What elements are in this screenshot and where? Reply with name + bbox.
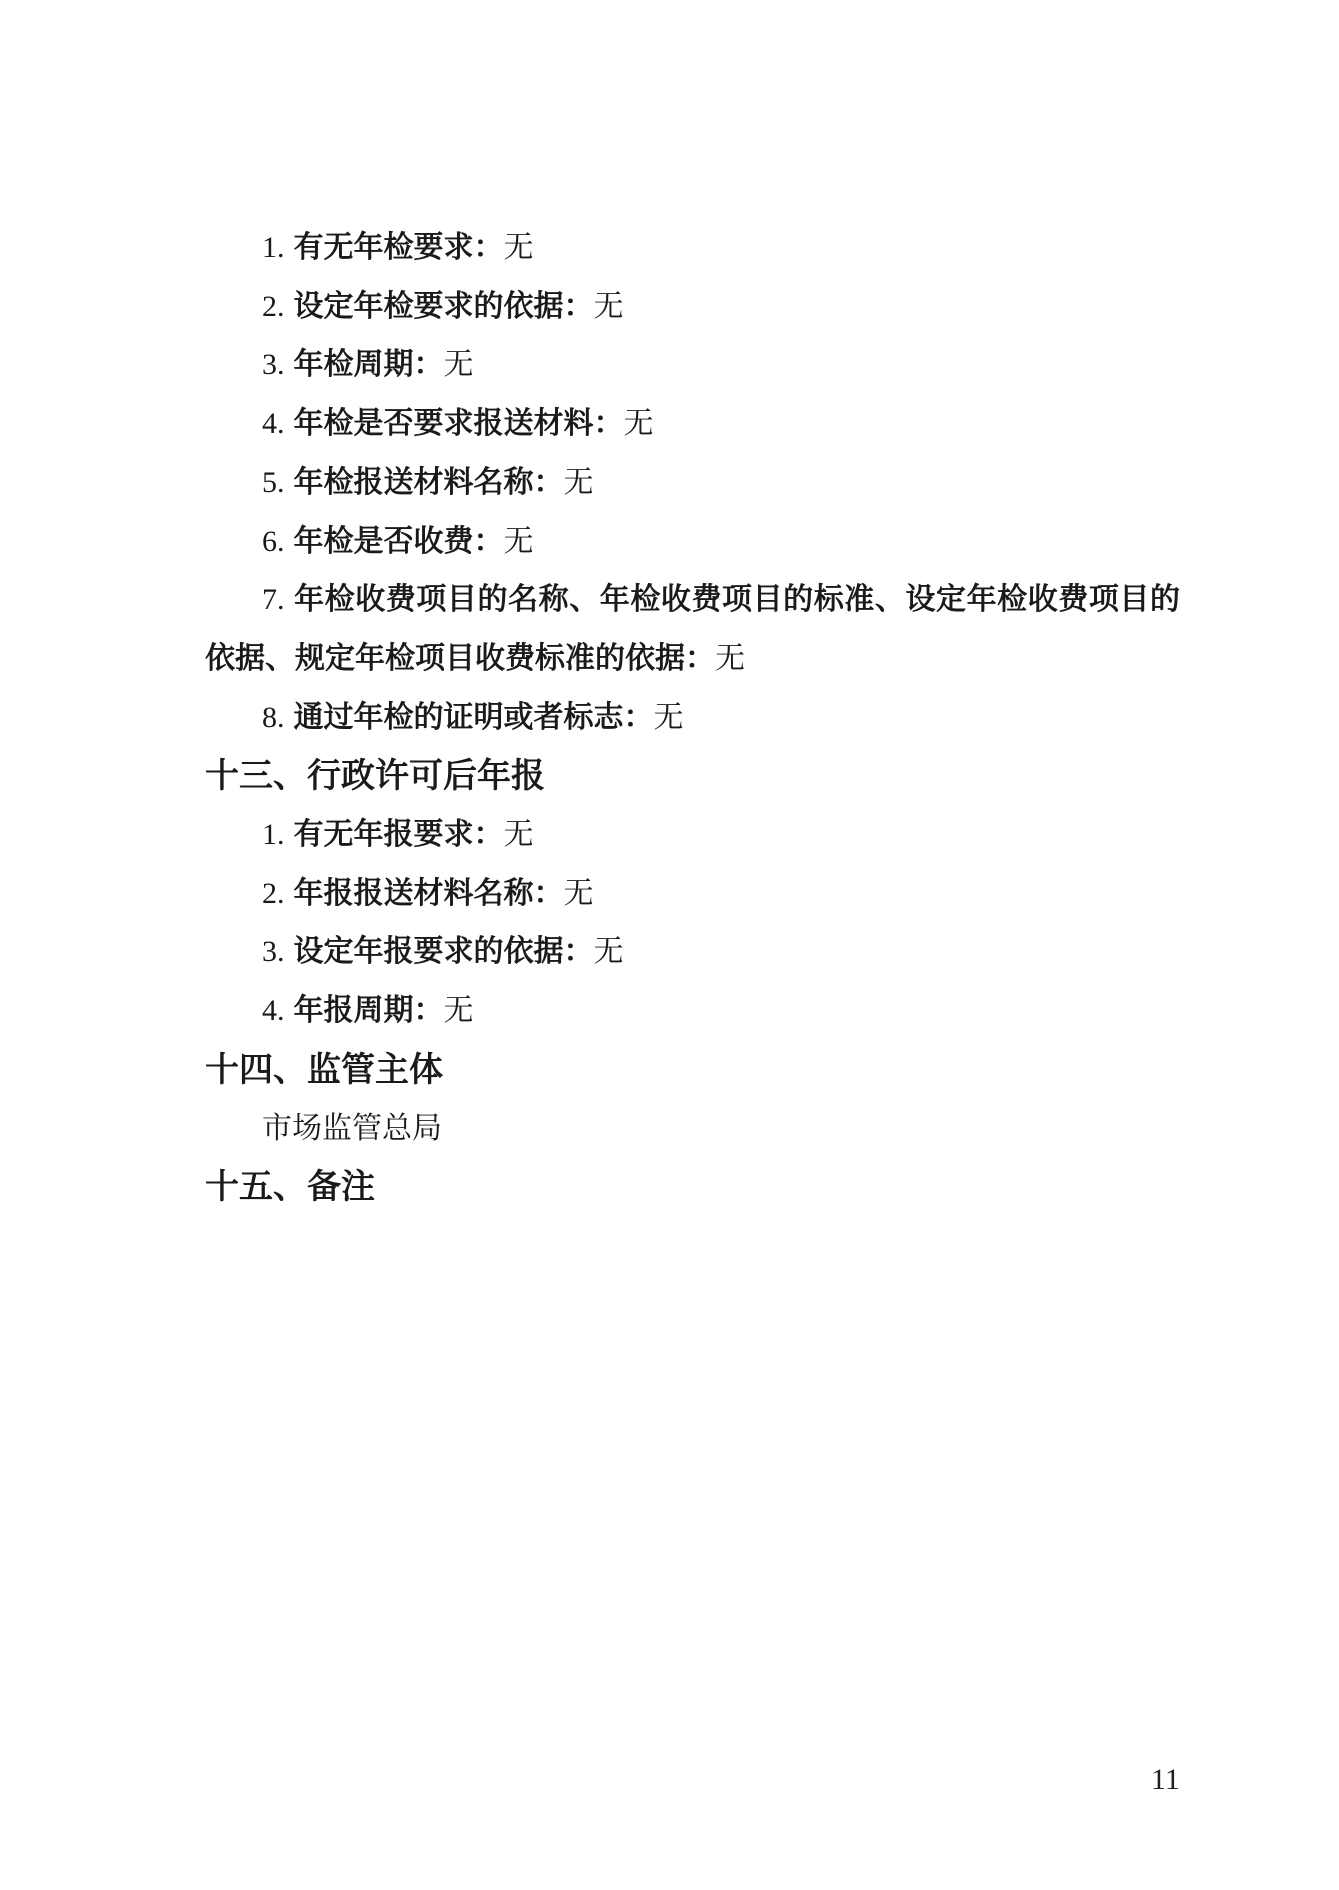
doc-line-annual-inspection-5: 5.年检报送材料名称：无 <box>205 454 1180 513</box>
doc-line-annual-inspection-3: 3.年检周期：无 <box>205 336 1180 395</box>
item-number: 1. <box>262 818 285 851</box>
item-value: 无 <box>654 701 684 734</box>
item-number: 6. <box>262 525 285 558</box>
item-number: 4. <box>262 407 285 440</box>
item-number: 3. <box>262 935 285 968</box>
document-body: 1.有无年检要求：无 2.设定年检要求的依据：无 3.年检周期：无 4.年检是否… <box>205 219 1180 1217</box>
item-label: 年检周期： <box>294 348 444 381</box>
doc-line-annual-inspection-6: 6.年检是否收费：无 <box>205 513 1180 572</box>
doc-line-annual-inspection-2: 2.设定年检要求的依据：无 <box>205 278 1180 337</box>
item-number: 1. <box>262 231 285 264</box>
item-label: 年检报送材料名称： <box>294 466 564 499</box>
item-value: 无 <box>504 231 534 264</box>
section-heading-15: 十五、备注 <box>205 1158 1180 1217</box>
doc-line-annual-report-3: 3.设定年报要求的依据：无 <box>205 923 1180 982</box>
plain-text: 市场监管总局 <box>262 1112 442 1145</box>
item-label: 年报报送材料名称： <box>294 877 564 910</box>
item-value: 无 <box>444 348 474 381</box>
item-number: 5. <box>262 466 285 499</box>
heading-label: 十三、行政许可后年报 <box>205 757 545 795</box>
doc-line-annual-report-2: 2.年报报送材料名称：无 <box>205 865 1180 924</box>
item-value: 无 <box>564 466 594 499</box>
item-number: 3. <box>262 348 285 381</box>
item-label: 通过年检的证明或者标志： <box>294 701 654 734</box>
item-label: 有无年报要求： <box>294 818 504 851</box>
item-label: 有无年检要求： <box>294 231 504 264</box>
item-number: 4. <box>262 994 285 1027</box>
item-number: 7. <box>262 583 285 616</box>
item-number: 8. <box>262 701 285 734</box>
doc-line-annual-inspection-8: 8.通过年检的证明或者标志：无 <box>205 689 1180 748</box>
item-number: 2. <box>262 290 285 323</box>
document-page: 1.有无年检要求：无 2.设定年检要求的依据：无 3.年检周期：无 4.年检是否… <box>0 0 1339 1890</box>
doc-line-regulator-name: 市场监管总局 <box>205 1100 1180 1159</box>
item-value: 无 <box>624 407 654 440</box>
item-label: 年检是否收费： <box>294 525 504 558</box>
doc-line-annual-inspection-4: 4.年检是否要求报送材料：无 <box>205 395 1180 454</box>
doc-line-annual-inspection-7: 7.年检收费项目的名称、年检收费项目的标准、设定年检收费项目的依据、规定年检项目… <box>205 571 1180 688</box>
section-heading-14: 十四、监管主体 <box>205 1041 1180 1100</box>
doc-line-annual-inspection-1: 1.有无年检要求：无 <box>205 219 1180 278</box>
item-label: 年检收费项目的名称、年检收费项目的标准、设定年检收费项目的依据、规定年检项目收费… <box>205 583 1180 675</box>
item-label: 设定年检要求的依据： <box>294 290 594 323</box>
doc-line-annual-report-4: 4.年报周期：无 <box>205 982 1180 1041</box>
heading-label: 十五、备注 <box>205 1168 375 1206</box>
page-number: 11 <box>1151 1760 1180 1800</box>
item-label: 年检是否要求报送材料： <box>294 407 624 440</box>
item-label: 设定年报要求的依据： <box>294 935 594 968</box>
item-value: 无 <box>504 525 534 558</box>
item-value: 无 <box>594 935 624 968</box>
item-value: 无 <box>564 877 594 910</box>
item-value: 无 <box>444 994 474 1027</box>
section-heading-13: 十三、行政许可后年报 <box>205 747 1180 806</box>
doc-line-annual-report-1: 1.有无年报要求：无 <box>205 806 1180 865</box>
item-value: 无 <box>594 290 624 323</box>
item-label: 年报周期： <box>294 994 444 1027</box>
item-number: 2. <box>262 877 285 910</box>
item-value: 无 <box>504 818 534 851</box>
item-value: 无 <box>715 642 745 675</box>
heading-label: 十四、监管主体 <box>205 1051 443 1089</box>
